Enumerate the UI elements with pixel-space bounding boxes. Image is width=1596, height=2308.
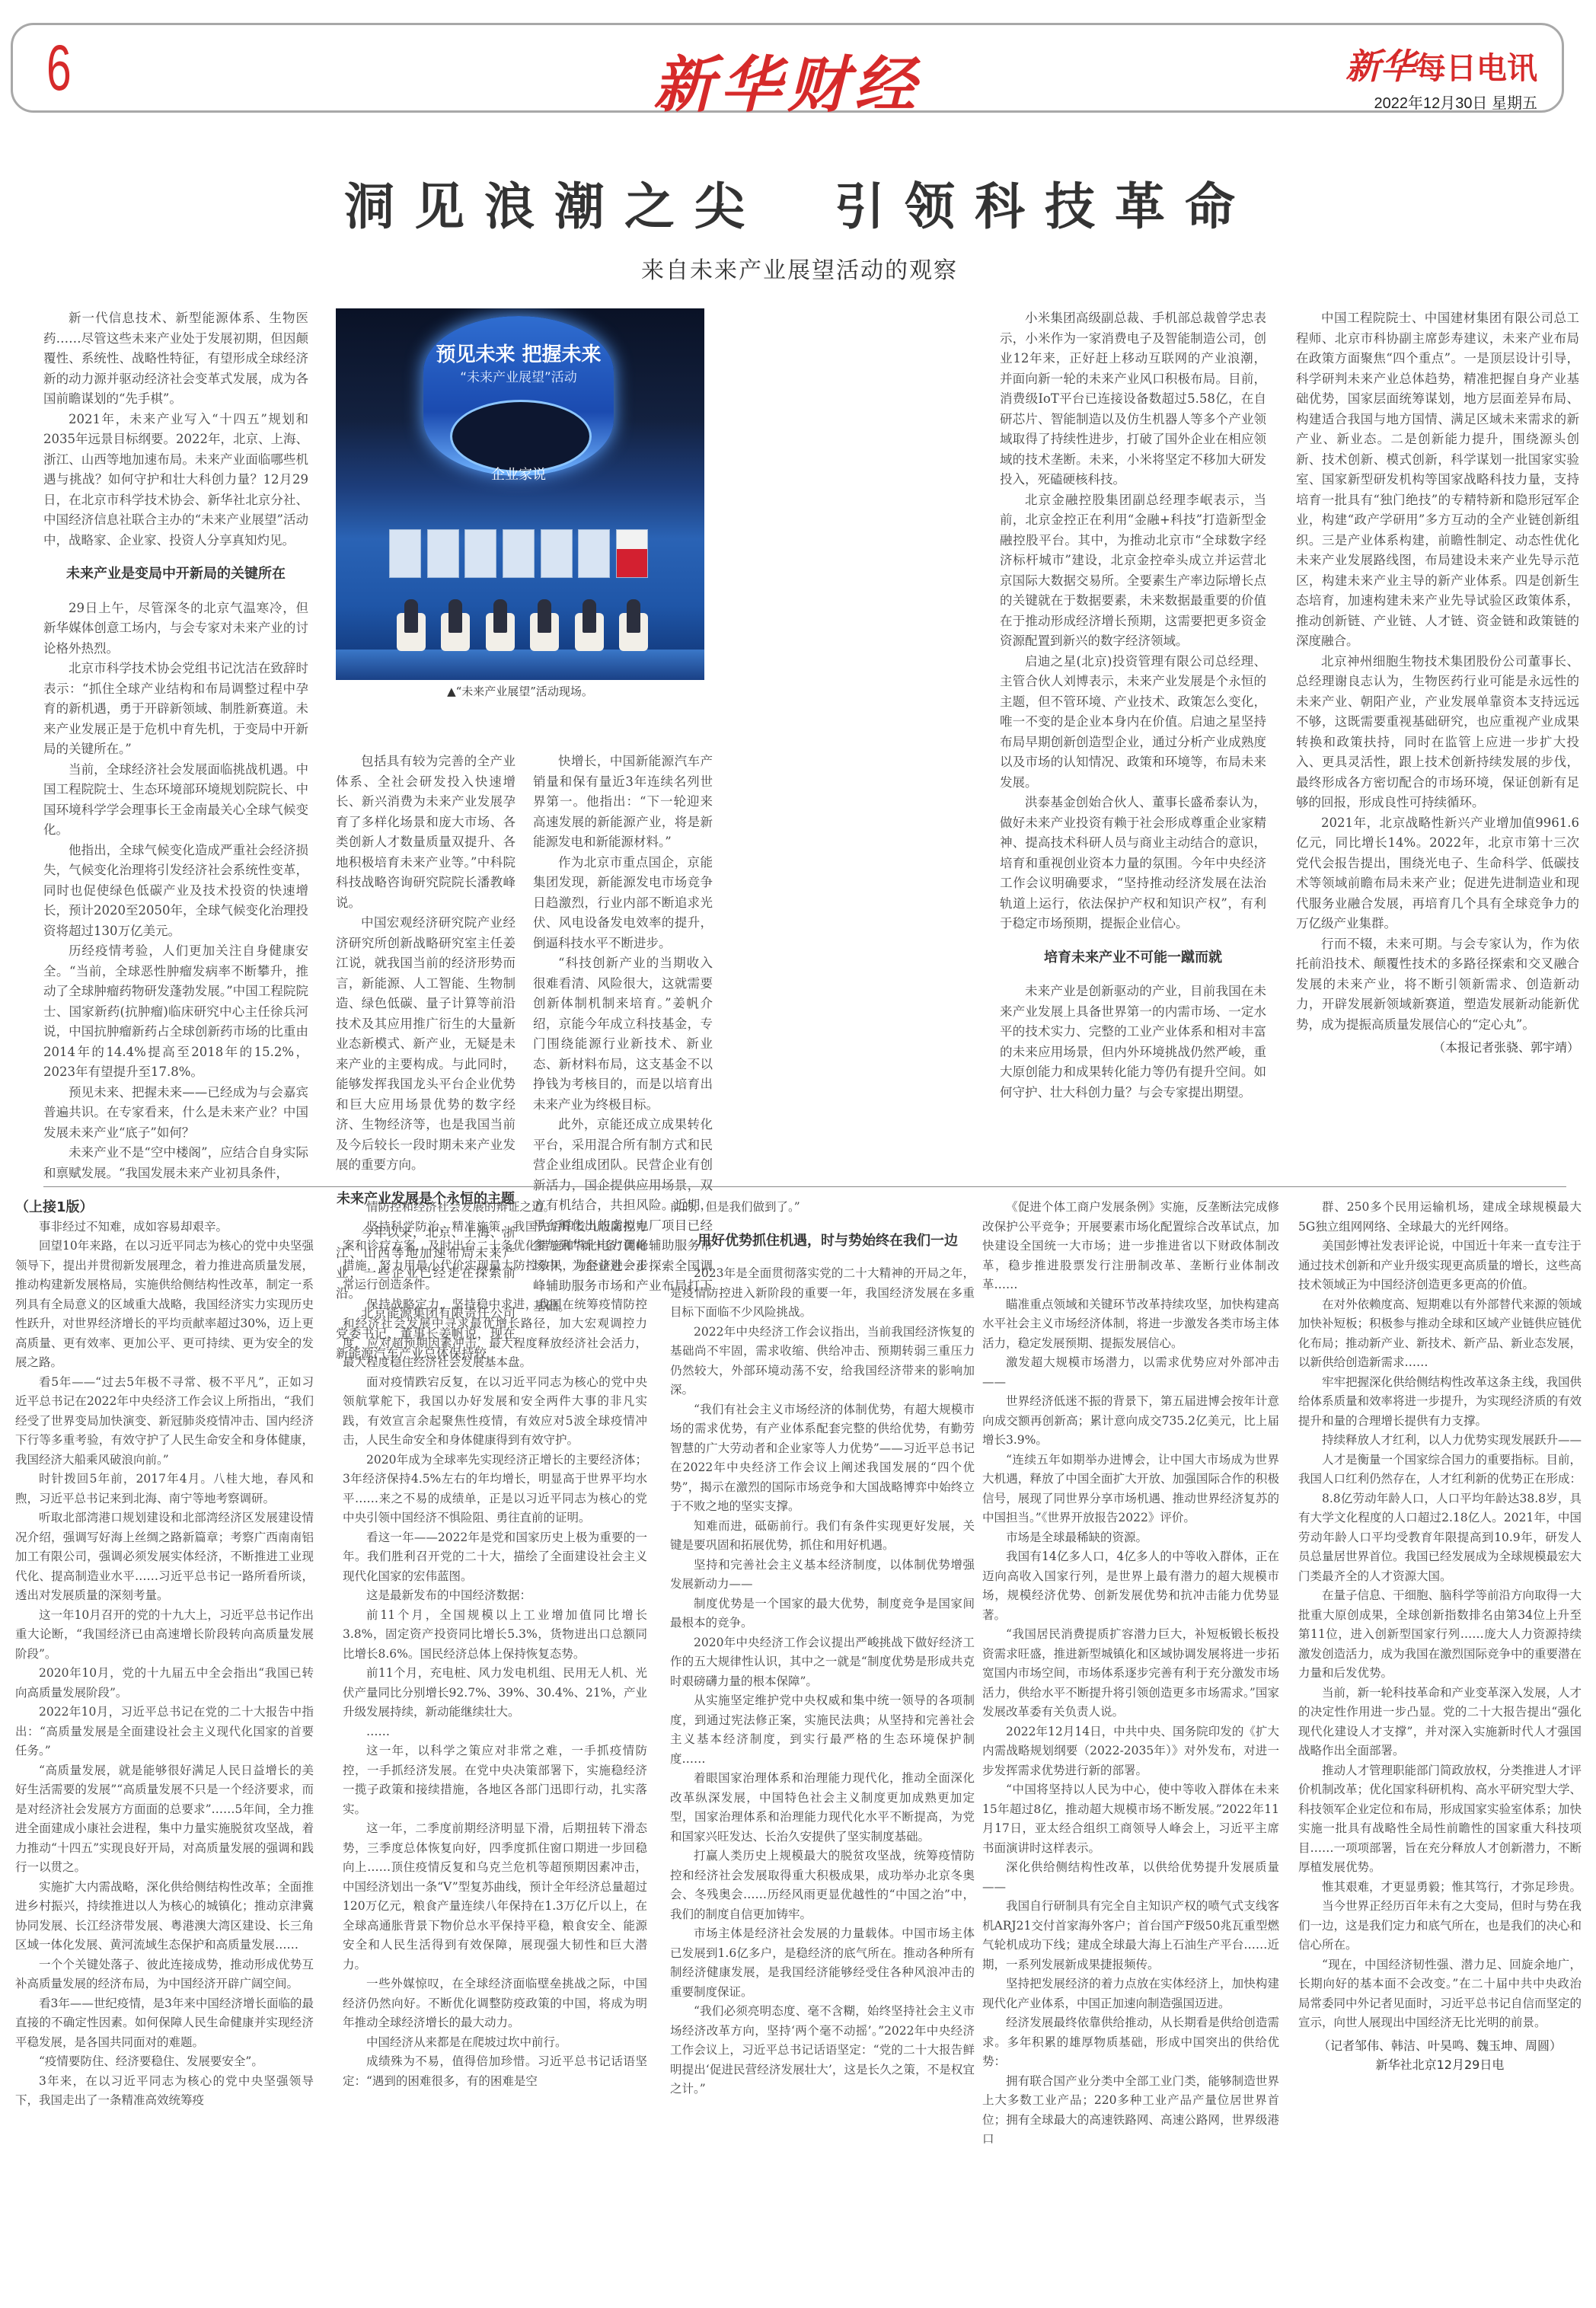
paragraph: 未来产业是创新驱动的产业，目前我国在未来产业发展上具备世界第一的内需市场、一定水…: [1000, 982, 1266, 1103]
newspaper-brand: 新华每日电讯 2022年12月30日 星期五: [1345, 39, 1537, 113]
paragraph: 2022年12月14日，中共中央、国务院印发的《扩大内需战略规划纲要（2022-…: [982, 1722, 1279, 1781]
paragraph: 新一代信息技术、新型能源体系、生物医药……尽管这些未来产业处于发展初期，但因颠覆…: [43, 308, 308, 410]
paragraph: 推动人才管理职能部门简政放权，分类推进人才评价机制改革；优化国家科研机构、高水平…: [1298, 1761, 1582, 1878]
continued-column-2: 情防控和经济社会发展的辩证之道。坚持科学防治、精准施策，我国先后印发九版防控方案…: [343, 1198, 647, 2091]
portrait: [389, 529, 421, 578]
paragraph: 这一年，二季度前期经济明显下滑，后期扭转下滑态势，三季度总体恢复向好，四季度抓住…: [343, 1819, 647, 1974]
paragraph: 我国有14亿多人口，4亿多人的中等收入群体，正在迈向高收入国家行列，是世界上最有…: [982, 1547, 1279, 1625]
paragraph: 前的，但是我们做到了。”: [670, 1198, 975, 1218]
continued-column-1: （上接1版） 事非经过不知难，成如容易却艰辛。回望10年来路，在以习近平同志为核…: [15, 1198, 314, 2111]
paragraph: 坚持把发展经济的着力点放在实体经济上，加快构建现代化产业体系，中国正加速向制造强…: [982, 1974, 1279, 2013]
paragraph: 拥有联合国产业分类中全部工业门类，能够制造世界上大多数工业产品；220多种工业产…: [982, 2072, 1279, 2150]
paragraph: 2020年中央经济工作会议提出严峻挑战下做好经济工作的五大规律性认识，其中之一就…: [670, 1633, 975, 1692]
section-heading: 用好优势抓住机遇，时与势始终在我们一边: [670, 1231, 975, 1251]
paragraph: 制度优势是一个国家的最大优势，制度竞争是国家间最根本的竞争。: [670, 1595, 975, 1633]
paragraph: 快增长，中国新能源汽车产销量和保有量近3年连续名列世界第一。他指出：“下一轮迎来…: [533, 752, 713, 853]
paragraph: 成绩殊为不易，值得倍加珍惜。习近平总书记话语坚定：“遇到的困难很多，有的困难是空: [343, 2052, 647, 2091]
paragraph: “连续五年如期举办进博会，让中国大市场成为世界大机遇，释放了中国全面扩大开放、加…: [982, 1451, 1279, 1528]
panel-seats: [397, 613, 648, 654]
article-column-4: 小米集团高级副总裁、手机部总裁曾学忠表示，小米作为一家消费电子及智能制造公司，创…: [1000, 308, 1266, 1103]
continued-column-3: 前的，但是我们做到了。” 用好优势抓住机遇，时与势始终在我们一边 2023年是全…: [670, 1198, 975, 2099]
paragraph: ……: [343, 1722, 647, 1742]
headline: 洞见浪潮之尖 引领科技革命: [228, 166, 1371, 238]
paragraph: 激发超大规模市场潜力，以需求优势应对外部冲击——: [982, 1353, 1279, 1392]
divider: [43, 1186, 1566, 1187]
paragraph: 历经疫情考验，人们更加关注自身健康安全。“当前，全球恶性肿瘤发病率不断攀升，推动…: [43, 941, 308, 1083]
paragraph: 2020年10月，党的十九届五中全会指出“我国已转向高质量发展阶段”。: [15, 1664, 314, 1703]
dateline: 新华社北京12月29日电: [1298, 2055, 1582, 2075]
paragraph: “现在，中国经济韧性强、潜力足、回旋余地广，长期向好的基本面不会改变。”在二十届…: [1298, 1955, 1582, 2033]
paragraph: “我们必须亮明态度、毫不含糊，始终坚持社会主义市场经济改革方向，坚持‘两个毫不动…: [670, 2002, 975, 2099]
paragraph: 看3年——世纪疫情，是3年来中国经济增长面临的最直接的不确定性因素。如何保障人民…: [15, 1994, 314, 2053]
panelist: [575, 613, 604, 651]
paragraph: 他指出，全球气候变化造成严重社会经济损失，气候变化治理将引发经济社会系统性变革，…: [43, 841, 308, 942]
paragraph: 2021年，未来产业写入“十四五”规划和2035年远景目标纲要。2022年，北京…: [43, 410, 308, 551]
paragraph: 瞄准重点领域和关键环节改革持续攻坚，加快构建高水平社会主义市场经济体制，将进一步…: [982, 1295, 1279, 1354]
paragraph: “我国居民消费提质扩容潜力巨大，补短板锻长板投资需求旺盛，推进新型城镇化和区域协…: [982, 1625, 1279, 1722]
paragraph: 情防控和经济社会发展的辩证之道。: [343, 1198, 647, 1218]
paragraph: 当前，全球经济社会发展面临挑战机遇。中国工程院院士、生态环境部环境规划院院长、中…: [43, 760, 308, 841]
paragraph: 当前，新一轮科技革命和产业变革深入发展，人才的决定性作用进一步凸显。党的二十大报…: [1298, 1684, 1582, 1761]
paragraph: 2021年，北京战略性新兴产业增加值9961.6亿元，同比增长14%。2022年…: [1296, 813, 1579, 934]
photo-caption: ▲“未来产业展望”活动现场。: [336, 683, 704, 699]
paragraph: “高质量发展，就是能够很好满足人民日益增长的美好生活需要的发展”“高质量发展不只…: [15, 1761, 314, 1878]
panelist: [441, 613, 470, 651]
paragraph: 洪泰基金创始合伙人、董事长盛希泰认为，做好未来产业投资有赖于社会形成尊重企业家精…: [1000, 793, 1266, 934]
paragraph: 市场主体是经济社会发展的力量载体。中国市场主体已发展到1.6亿多户，是稳经济的底…: [670, 1924, 975, 2002]
paragraph: 市场是全球最稀缺的资源。: [982, 1528, 1279, 1548]
paragraph: 看这一年——2022年是党和国家历史上极为重要的一年。我们胜利召开党的二十大，描…: [343, 1528, 647, 1587]
paragraph: 一个个关键处落子、彼此连接成势，推动形成优势互补高质量发展的经济布局，为中国经济…: [15, 1955, 314, 1994]
portrait: [464, 529, 496, 578]
subheadline: 来自未来产业展望活动的观察: [228, 251, 1371, 285]
paragraph: 小米集团高级副总裁、手机部总裁曾学忠表示，小米作为一家消费电子及智能制造公司，创…: [1000, 308, 1266, 490]
continued-column-5: 群、250多个民用运输机场，建成全球规模最大5G独立组网网络、全球最大的光纤网络…: [1298, 1198, 1582, 2075]
section-heading: 未来产业是变局中开新局的关键所在: [43, 564, 308, 585]
paragraph: 坚持科学防治、精准施策，我国先后印发九版防控方案和诊疗方案，及时出台二十条优化措…: [343, 1218, 647, 1295]
paragraph: 事非经过不知难，成如容易却艰辛。: [15, 1218, 314, 1237]
paragraph: 中国经济从来都是在爬坡过坎中前行。: [343, 2033, 647, 2053]
paragraph: 着眼国家治理体系和治理能力现代化，推动全面深化改革纵深发展，中国特色社会主义制度…: [670, 1769, 975, 1847]
paragraph: 世界经济低迷不振的背景下，第五届进博会按年计意向成交额再创新高；累计意向成交73…: [982, 1392, 1279, 1451]
continued-label: （上接1版）: [15, 1198, 314, 1218]
panelist: [486, 613, 515, 651]
paragraph: 持续释放人才红利，以人力优势实现发展跃升——: [1298, 1431, 1582, 1451]
portrait: [541, 529, 573, 578]
paragraph: 北京金融控股集团副总经理李岷表示，当前，北京金控正在利用“金融+科技”打造新型金…: [1000, 490, 1266, 652]
paragraph: 《促进个体工商户发展条例》实施，反垄断法完成修改保护公平竞争；开展要素市场化配置…: [982, 1198, 1279, 1295]
continued-column-4: 《促进个体工商户发展条例》实施，反垄断法完成修改保护公平竞争；开展要素市场化配置…: [982, 1198, 1279, 2150]
paragraph: 看5年——“过去5年极不寻常、极不平凡”，正如习近平总书记在2022年中央经济工…: [15, 1373, 314, 1470]
banner-label: 企业家说: [473, 464, 564, 484]
paragraph: 知难而进，砥砺前行。我们有条件实现更好发展，关键是要巩固和拓展优势，抓住和用好机…: [670, 1517, 975, 1556]
paragraph: 作为北京市重点国企，京能集团发现，新能源发电市场竞争日趋激烈，行业内部不断追求光…: [533, 853, 713, 954]
paragraph: 打赢人类历史上规模最大的脱贫攻坚战，统筹疫情防控和经济社会发展取得重大积极成果，…: [670, 1847, 975, 1924]
paragraph: 一些外媒惊叹，在全球经济面临壁垒挑战之际，中国经济仍然向好。不断优化调整防疫政策…: [343, 1974, 647, 2033]
brand-prefix: 新华: [1345, 47, 1416, 86]
paragraph: 8.8亿劳动年龄人口，人口平均年龄达38.8岁，具有大学文化程度的人口超过2.1…: [1298, 1489, 1582, 1587]
brand-suffix: 每日电讯: [1416, 51, 1537, 85]
banner-text: 预见未来 把握未来: [427, 339, 610, 367]
paragraph: 前11个月，全国规模以上工业增加值同比增长3.8%，固定资产投资同比增长5.3%…: [343, 1606, 647, 1665]
paragraph: 包括具有较为完善的全产业体系、全社会研发投入快速增长、新兴消费为未来产业发展孕育…: [336, 752, 516, 913]
portrait: [616, 529, 648, 578]
byline: （记者邹伟、韩洁、叶昊鸣、魏玉坤、周圆）: [1298, 2036, 1582, 2056]
article-column-5: 中国工程院院士、中国建材集团有限公司总工程师、北京市科协副主席彭寿建议，未来产业…: [1296, 308, 1579, 1058]
paragraph: “我们有社会主义市场经济的体制优势，有超大规模市场的需求优势，有产业体系配套完整…: [670, 1400, 975, 1517]
paragraph: 北京神州细胞生物技术集团股份公司董事长、总经理谢良志认为，生物医药行业可能是永远…: [1296, 652, 1579, 813]
paragraph: 这一年，以科学之策应对非常之难，一手抓疫情防控，一手抓经济发展。在党中央决策部署…: [343, 1741, 647, 1819]
paragraph: 深化供给侧结构性改革，以供给优势提升发展质量——: [982, 1858, 1279, 1897]
portrait: [578, 529, 610, 578]
paragraph: 启迪之星(北京)投资管理有限公司总经理、主管合伙人刘博表示，未来产业发展是个永恒…: [1000, 652, 1266, 793]
ring-inner: [450, 400, 592, 473]
speaker-portraits: [389, 529, 648, 578]
paragraph: 预见未来、把握未来——已经成为与会嘉宾普遍共识。在专家看来，什么是未来产业？中国…: [43, 1083, 308, 1144]
paragraph: 人才是衡量一个国家综合国力的重要指标。目前，我国人口红利仍然存在，人才红利新的优…: [1298, 1451, 1582, 1489]
byline: （本报记者张骁、郭宇靖）: [1296, 1038, 1579, 1058]
paragraph: 我国自行研制具有完全自主知识产权的喷气式支线客机ARJ21交付首家海外客户；首台…: [982, 1897, 1279, 1974]
issue-date: 2022年12月30日 星期五: [1345, 91, 1537, 113]
article-column-1: 新一代信息技术、新型能源体系、生物医药……尽管这些未来产业处于发展初期，但因颠覆…: [43, 308, 308, 1183]
paragraph: 时针拨回5年前，2017年4月。八桂大地，春风和煦，习近平总书记来到北海、南宁等…: [15, 1470, 314, 1508]
paragraph: 美国彭博社发表评论说，中国近十年来一直专注于通过技术创新和产业升级实现更高质量的…: [1298, 1237, 1582, 1295]
paragraph: 在量子信息、干细胞、脑科学等前沿方向取得一大批重大原创成果，全球创新指数排名由第…: [1298, 1586, 1582, 1684]
paragraph: 2020年成为全球率先实现经济正增长的主要经济体；3年经济保持4.5%左右的年均…: [343, 1451, 647, 1528]
paragraph: 在对外依赖度高、短期难以有外部替代来源的领域加快补短板；积极参与推动全球和区域产…: [1298, 1295, 1582, 1373]
event-photo: 预见未来 把握未来 “未来产业展望”活动 企业家说: [336, 308, 704, 680]
paragraph: 听取北部湾港口规划建设和北部湾经济区发展建设情况介绍，强调写好海上丝绸之路新篇章…: [15, 1508, 314, 1606]
paragraph: 面对疫情跌宕反复，在以习近平同志为核心的党中央领航掌舵下，我国以办好发展和安全两…: [343, 1373, 647, 1451]
paragraph: 从实施坚定维护党中央权威和集中统一领导的各项制度，到通过宪法修正案，实施民法典；…: [670, 1691, 975, 1769]
panelist: [619, 613, 648, 651]
paragraph: 2022年10月，习近平总书记在党的二十大报告中指出：“高质量发展是全面建设社会…: [15, 1703, 314, 1761]
paragraph: 当今世界正经历百年未有之大变局，但时与势在我们一边，这是我们定力和底气所在，也是…: [1298, 1897, 1582, 1955]
paragraph: 群、250多个民用运输机场，建成全球规模最大5G独立组网网络、全球最大的光纤网络…: [1298, 1198, 1582, 1237]
paragraph: 2023年是全面贯彻落实党的二十大精神的开局之年，是疫情防控进入新阶段的重要一年…: [670, 1264, 975, 1323]
paragraph: 坚持和完善社会主义基本经济制度，以体制优势增强发展新动力——: [670, 1556, 975, 1595]
paragraph: 行而不辍，未来可期。与会专家认为，作为依托前沿技术、颠覆性技术的多路径探索和交叉…: [1296, 934, 1579, 1036]
paragraph: 实施扩大内需战略，深化供给侧结构性改革；全面推进乡村振兴，持续推进以人为核心的城…: [15, 1878, 314, 1955]
panelist: [397, 613, 426, 651]
paragraph: 2022年中央经济工作会议指出，当前我国经济恢复的基础尚不牢固，需求收缩、供给冲…: [670, 1323, 975, 1400]
brand-name: 新华每日电讯: [1345, 39, 1537, 89]
paragraph: 中国宏观经济研究院产业经济研究所创新战略研究室主任姜江说，就我国当前的经济形势而…: [336, 913, 516, 1176]
stage-floor: [336, 650, 704, 680]
portrait: [427, 529, 459, 578]
paragraph: “科技创新产业的当期收入很难看清、风险很大，这就需要创新体制机制来培育。”姜帆介…: [533, 953, 713, 1115]
paragraph: 经济发展最终依靠供给推动，从长期看是供给创造需求。多年积累的雄厚物质基础，形成中…: [982, 2013, 1279, 2072]
paragraph: 前11个月，充电桩、风力发电机组、民用无人机、光伏产量同比分别增长92.7%、3…: [343, 1664, 647, 1722]
paragraph: 保持战略定力，坚持稳中求进，我国在统筹疫情防控和经济社会发展中寻求最优增长路径，…: [343, 1295, 647, 1373]
panelist: [530, 613, 559, 651]
section-title: 新华财经: [13, 36, 1562, 123]
paragraph: 牢牢把握深化供给侧结构性改革这条主线，我国供给体系质量和效率将进一步提升，为实现…: [1298, 1373, 1582, 1432]
paragraph: 中国工程院院士、中国建材集团有限公司总工程师、北京市科协副主席彭寿建议，未来产业…: [1296, 308, 1579, 652]
paragraph: 这是最新发布的中国经济数据：: [343, 1586, 647, 1606]
paragraph: 回望10年来路，在以习近平同志为核心的党中央坚强领导下，提出并贯彻新发展理念，着…: [15, 1237, 314, 1373]
banner-subtext: “未来产业展望”活动: [427, 366, 610, 385]
paragraph: 未来产业不是“空中楼阁”，应结合自身实际和禀赋发展。“我国发展未来产业初具条件，: [43, 1143, 308, 1183]
paragraph: 北京市科学技术协会党组书记沈洁在致辞时表示：“抓住全球产业结构和布局调整过程中孕…: [43, 659, 308, 760]
paragraph: “中国将坚持以人民为中心，使中等收入群体在未来15年超过8亿，推动超大规模市场不…: [982, 1780, 1279, 1858]
paragraph: “疫情要防住、经济要稳住、发展要安全”。: [15, 2052, 314, 2072]
section-heading: 培育未来产业不可能一蹴而就: [1000, 948, 1266, 969]
masthead: 6 新华财经 新华每日电讯 2022年12月30日 星期五: [11, 23, 1564, 113]
paragraph: 这一年10月召开的党的十九大上，习近平总书记作出重大论断，“我国经济已由高速增长…: [15, 1606, 314, 1665]
paragraph: 惟其艰难，才更显勇毅；惟其笃行，才弥足珍贵。: [1298, 1878, 1582, 1898]
paragraph: 29日上午，尽管深冬的北京气温寒冷，但新华媒体创意工场内，与会专家对未来产业的讨…: [43, 599, 308, 659]
paragraph: 3年来，在以习近平同志为核心的党中央坚强领导下，我国走出了一条精准高效统筹疫: [15, 2072, 314, 2111]
portrait: [503, 529, 535, 578]
